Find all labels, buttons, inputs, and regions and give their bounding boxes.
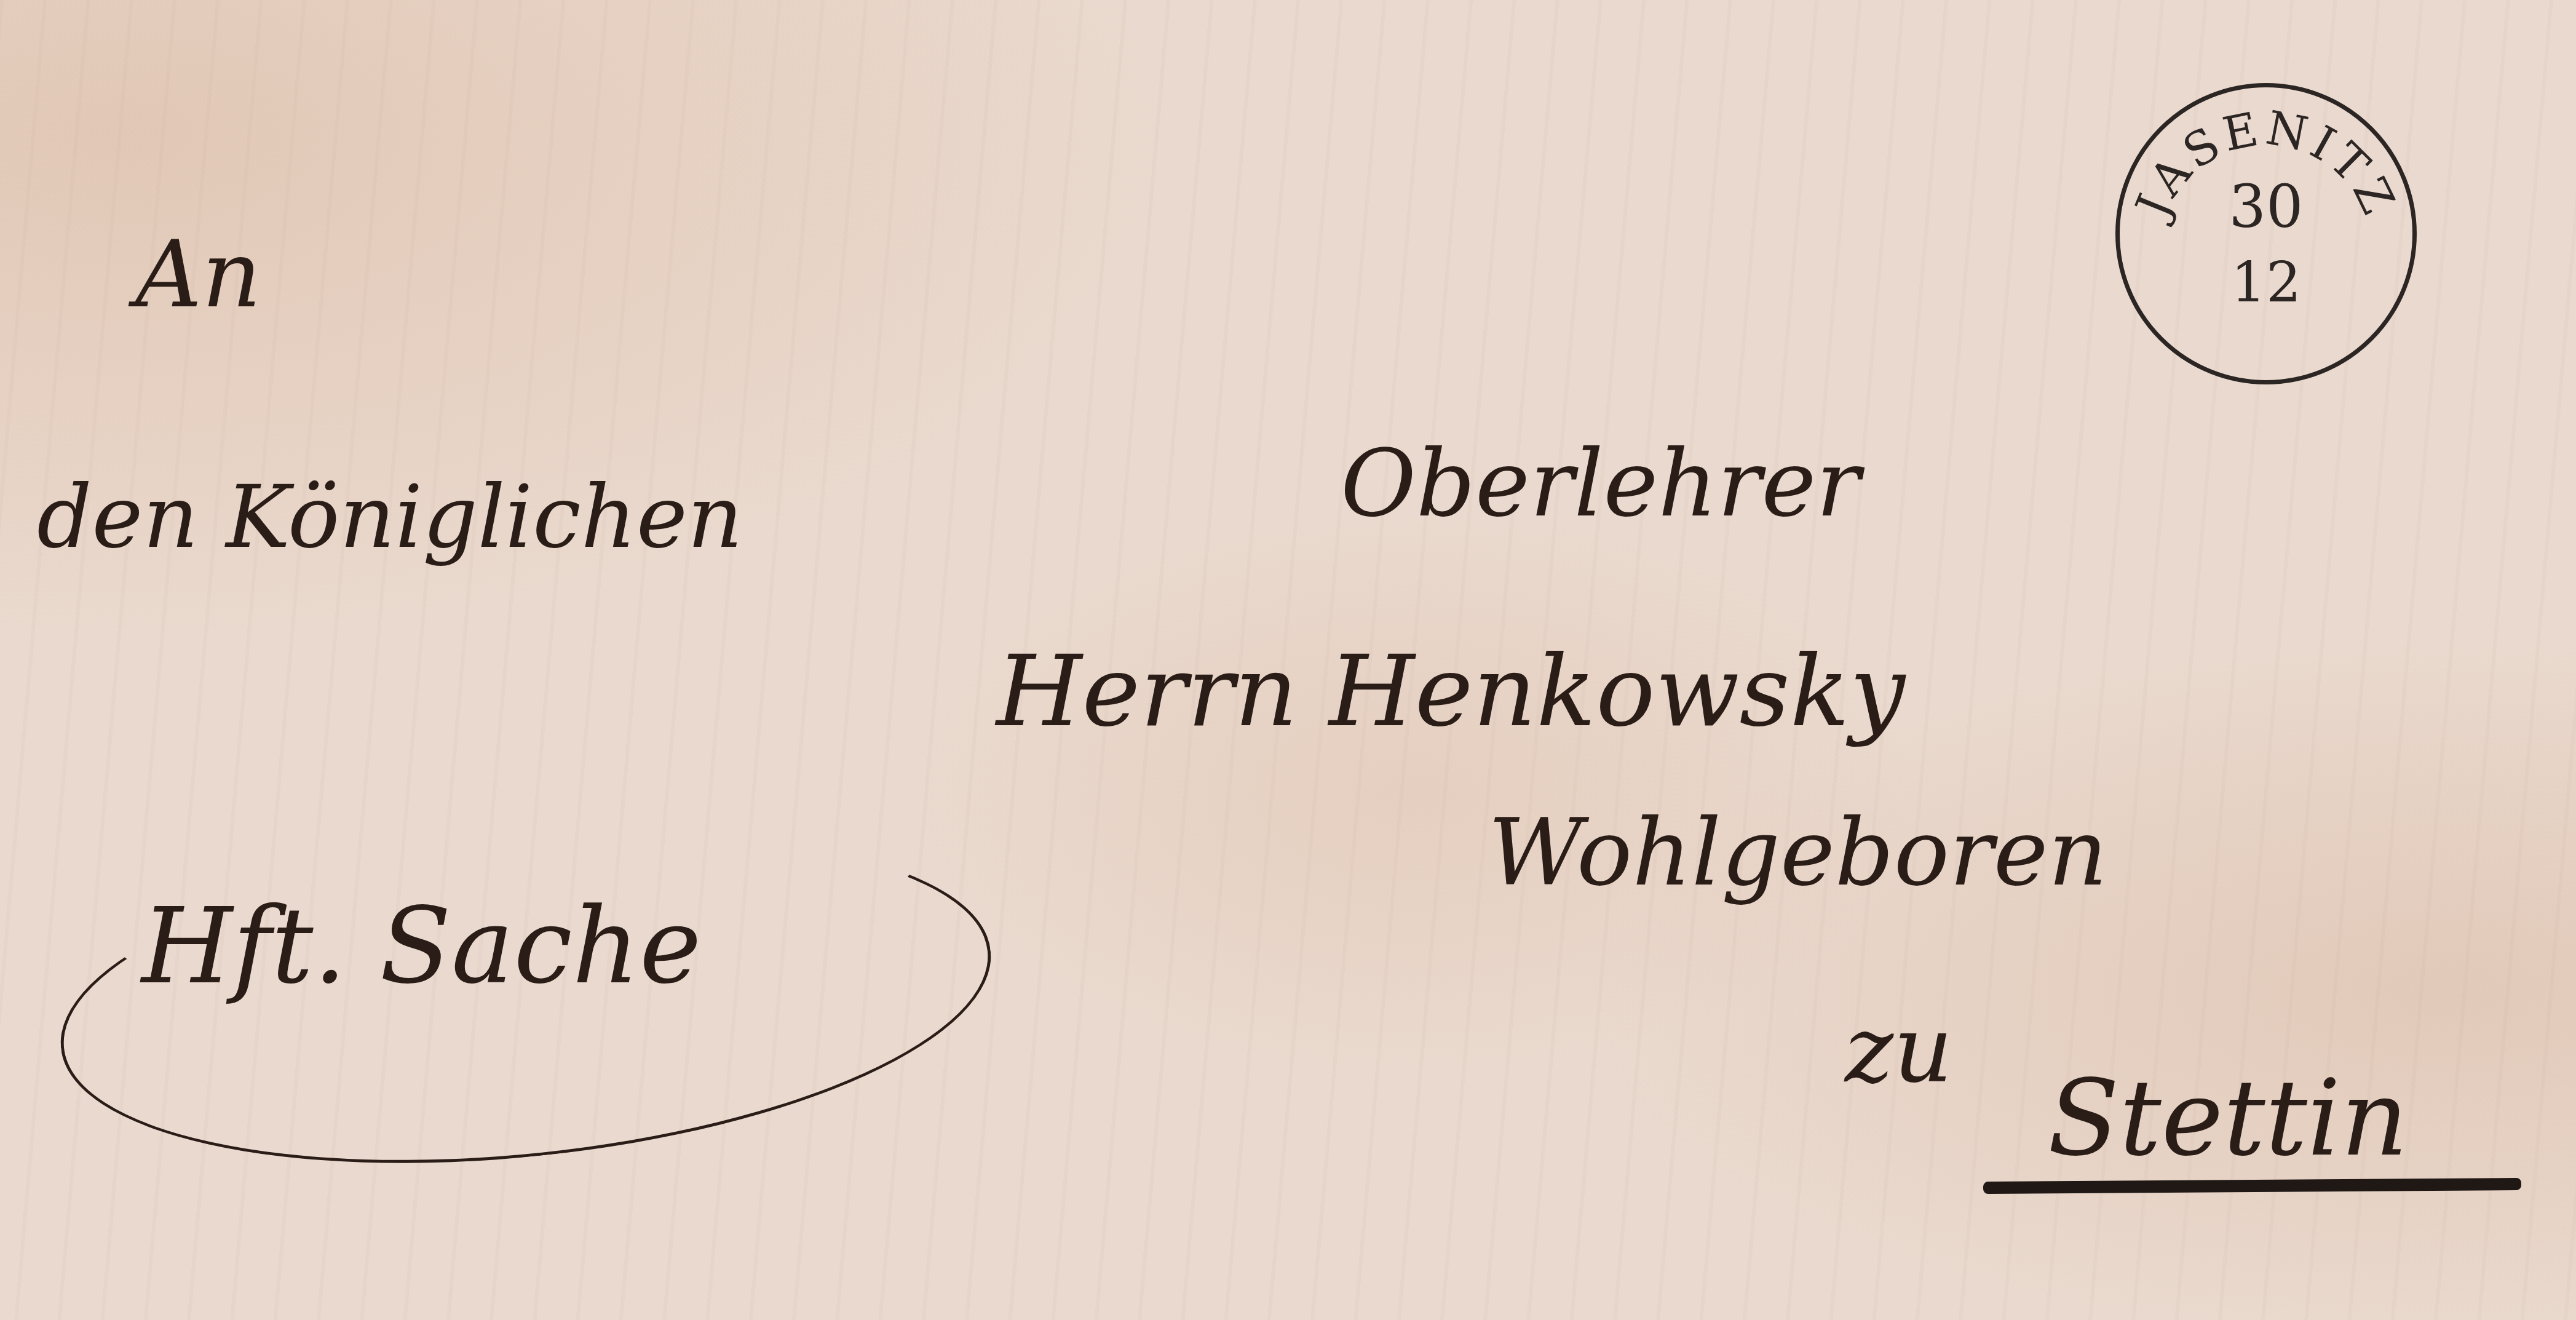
address-line-3: Oberlehrer: [1341, 431, 1860, 538]
address-line-1: An: [135, 221, 261, 328]
address-line-6: zu: [1845, 996, 1953, 1103]
address-line-7: Stettin: [2048, 1058, 2408, 1180]
postmark-day: 30: [2120, 173, 2412, 241]
endorsement-text: Hft. Sache: [141, 886, 702, 1008]
address-underline: [1983, 1178, 2521, 1194]
envelope: JASENITZ 30 12 An den Königlichen Oberle…: [0, 0, 2576, 1320]
address-line-2: den Königlichen: [37, 467, 743, 568]
postmark-month: 12: [2120, 250, 2412, 315]
postmark: JASENITZ 30 12: [2115, 83, 2417, 384]
address-line-4: Herrn Henkowsky: [996, 634, 1905, 749]
address-line-5: Wohlgeboren: [1488, 800, 2107, 907]
